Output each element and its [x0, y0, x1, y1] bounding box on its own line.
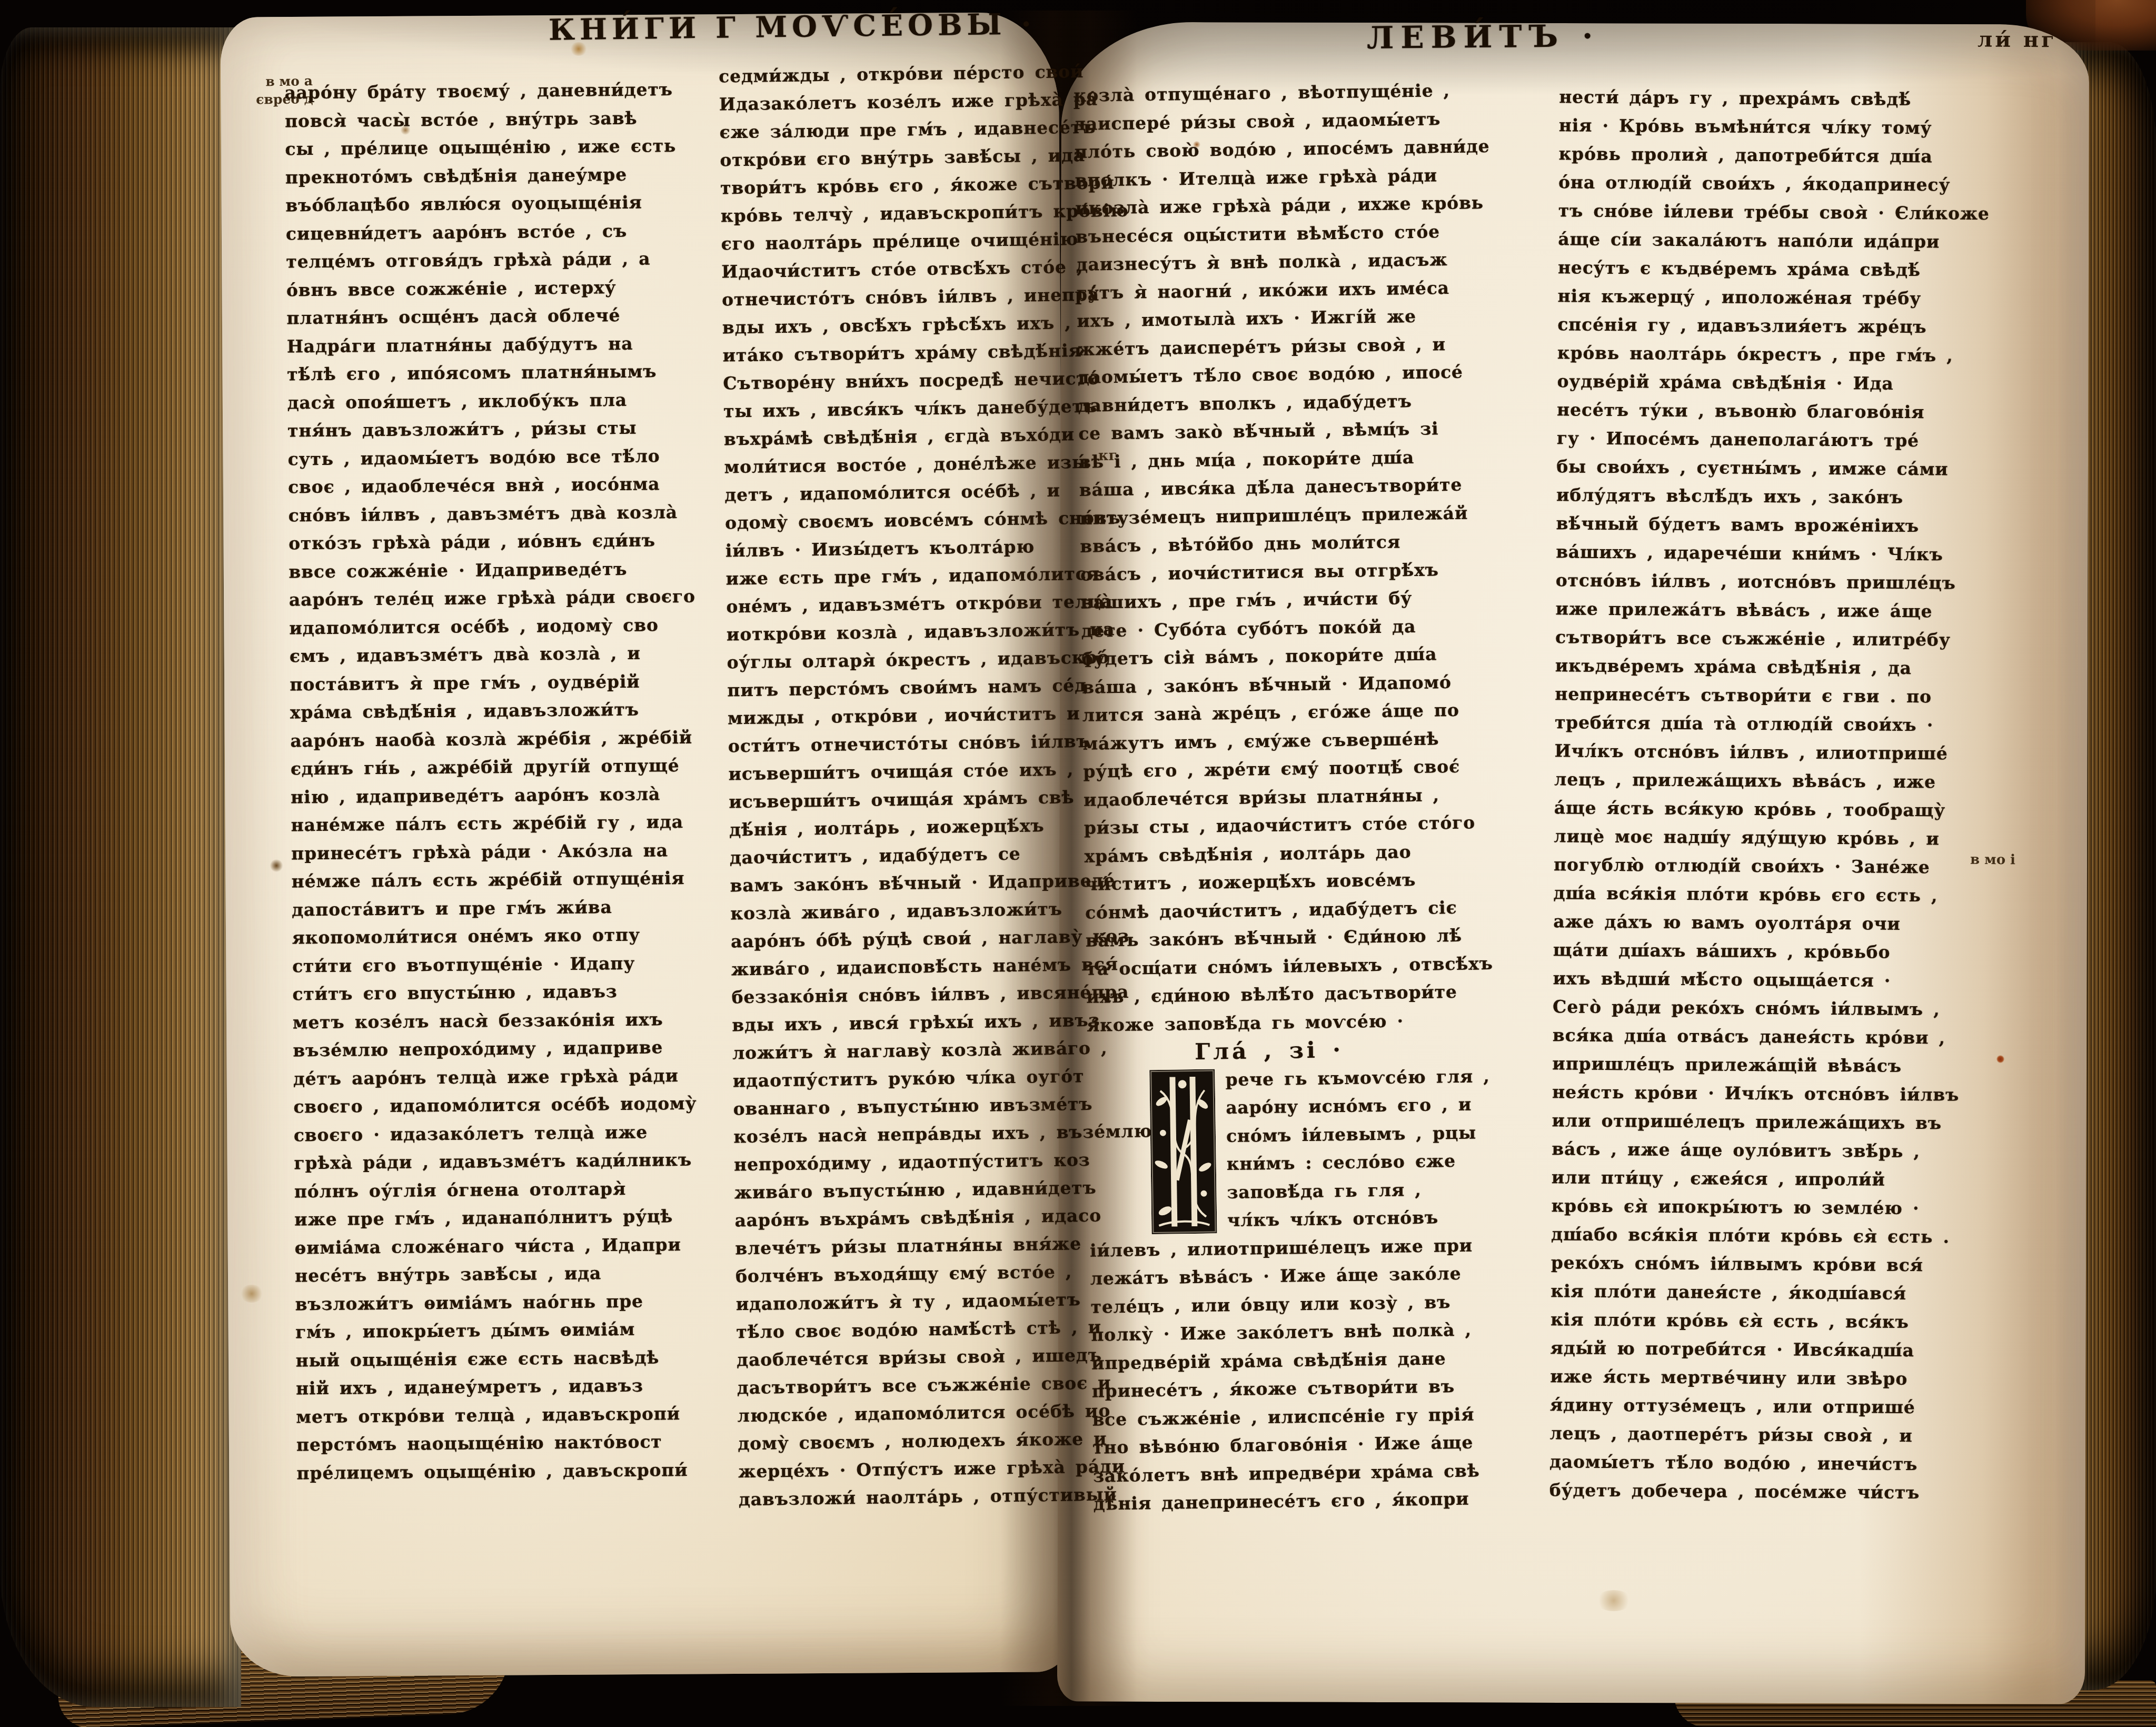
text-line: ній ихъ , иданеу́мретъ , идавъз: [296, 1371, 717, 1402]
text-line: своєго · идазако́летъ телца̀ иже: [294, 1117, 715, 1149]
text-line: ва́шихъ , идарече́ши кни́мъ · Чл́къ: [1556, 538, 1962, 569]
text-line: питъ персто́мъ свои́мъ намъ се́д: [727, 672, 1065, 704]
text-line: лежа́тъ вѣва́съ · Иже а́ще зако́ле: [1090, 1259, 1455, 1293]
text-line: въо́блацѣбо явлю́ся оуоцыще́нія: [285, 188, 707, 220]
text-line: болче́нъ въходя́щу єму́ всто́е ,: [736, 1257, 1073, 1290]
text-line: тѣ́ло своє водо́ю намѣ́стѣ стѣ , и: [736, 1313, 1074, 1346]
text-line: треби́тся дш́а та̀ отлюді́й свои́хъ ·: [1555, 708, 1961, 739]
text-line: иже єсть пре гм́ъ , идапомо́лится: [726, 560, 1063, 593]
text-column-2: седми́жды , откро́ви пе́рсто свои́Идазак…: [719, 58, 1076, 1514]
text-line: та осщ́ати сно́мъ іи́левыхъ , отвсѣ́хъ: [1086, 950, 1450, 983]
text-line: реко́хъ сно́мъ іи́лвымъ кро́ви вся́: [1551, 1248, 1958, 1279]
text-line: отко́зъ грѣха̀ ра́ди , ио́внъ єди́нъ: [289, 526, 710, 558]
text-line: гу · Ипосе́мъ данеполага́ютъ тре́: [1557, 424, 1963, 455]
text-line: идаположи́тъ я̀ ту , идаомы́етъ: [736, 1285, 1073, 1318]
text-line: єго наолта́рь пре́лице очище́нію: [721, 225, 1058, 258]
text-line: непринесе́тъ сътвори́ти є гви . по: [1555, 680, 1961, 711]
text-line: лится зана̀ жре́цъ , єго́же а́ще по: [1082, 696, 1447, 729]
text-line: принесе́тъ грѣха̀ ра́ди · Ако́зла на: [291, 836, 712, 867]
text-line: исъверши́тъ очища́я хра́мъ свѣ: [729, 783, 1066, 816]
text-line: лецъ , прилежа́щихъ вѣва́съ , иже: [1554, 765, 1961, 796]
text-line: идапомо́лится осе́бѣ , иодому̀ сво: [289, 610, 710, 642]
text-line: персто́мъ наоцыще́нію накто́вост: [296, 1427, 718, 1458]
text-line: ита́ко сътвори́тъ хра́му свѣдѣ́нія: [722, 337, 1060, 370]
text-line: полку̀ · Иже зако́летъ внѣ полка̀ ,: [1091, 1316, 1456, 1349]
text-line: кро́вь єя̀ ипокры́ютъ ю земле́ю ·: [1551, 1192, 1958, 1223]
text-line: ма́жутъ имъ , єму́же съверше́нѣ: [1082, 724, 1447, 758]
book-photograph: КНИ́ГИ Г МОѴСЕ́ОВЫ · ЛЕВИ́ТЪ · ли́ нг в …: [0, 0, 2156, 1727]
text-line: влече́тъ ри́зы платня́ны вня́же: [735, 1229, 1072, 1262]
text-line: Надра́ги платня́ны дабу́дутъ на: [287, 329, 708, 360]
text-line: идаотпу́ститъ руко́ю чл́ка оуго́т: [732, 1062, 1070, 1095]
text-line: ааро́нъ наоба̀ козла̀ жре́бія , жре́бій: [290, 723, 711, 755]
text-line: а́ще я́сть вся́кую кро́вь , тообращу̀: [1554, 793, 1961, 825]
text-line: ихъ вѣдши́ мѣ́сто оцыща́ется ·: [1553, 964, 1959, 995]
text-line: нея́сть кро́ви · Ичл́къ отсно́въ іи́лвъ: [1552, 1078, 1959, 1109]
text-line: нія къжерцу́ , иположе́ная тре́бу: [1557, 282, 1964, 313]
text-line: а́ще сі́и закала́ютъ напо́ли ида́при: [1558, 225, 1964, 256]
column-3-text-beside-initial: рече гь къмоѵсе́ю гля ,ааро́ну исно́мъ є…: [1087, 1063, 1454, 1237]
text-line: несу́тъ є къдве́ремъ хра́ма свѣдѣ́: [1558, 253, 1964, 284]
text-line: дѣ́нія данепринесе́тъ єго , я́копри: [1093, 1485, 1458, 1518]
text-line: отсно́въ іи́лвъ , иотсно́въ пришле́цъ: [1556, 566, 1962, 597]
text-line: по́лнъ оу́глія о́гнена отолтаря̀: [294, 1174, 716, 1205]
text-line: телце́мъ отговя́дъ грѣха̀ ра́ди , а: [286, 244, 707, 276]
text-line: прекното́мъ свѣдѣ́нія данеу́мре: [285, 160, 707, 191]
text-line: хра́ма свѣдѣ́нія , идавъзложи́тъ: [290, 695, 711, 727]
text-line: єже за́люди пре гм́ъ , идавнесе́тъ: [719, 114, 1057, 146]
text-line: или пти́цу , єжея́ся , ипроли́й: [1552, 1163, 1958, 1194]
text-line: ованнаго , въпусты́ню ивъзме́тъ: [733, 1090, 1070, 1123]
running-head-left: КНИ́ГИ Г МОѴСЕ́ОВЫ ·: [549, 6, 1037, 46]
text-line: яды́й ю потреби́тся · Ився́кадш́а: [1550, 1334, 1956, 1365]
text-line: дш́а вся́кія пло́ти кро́вь єго єсть ,: [1554, 879, 1960, 910]
text-line: бы свои́хъ , суєтны́мъ , имже са́ми: [1556, 452, 1963, 483]
text-line: ты ихъ , ився́къ чл́къ данебу́детъ: [723, 393, 1061, 425]
text-line: ри́зы сты , идаочи́ститъ сто́е сто́го: [1084, 809, 1448, 842]
text-line: дасътвори́тъ все съжже́ніе своє и: [737, 1369, 1075, 1402]
text-line: несе́тъ ту́ки , въвоню̀ благово́нія: [1557, 395, 1963, 426]
text-line: тѣ́лѣ єго , ипо́ясомъ платня́нымъ: [287, 357, 708, 389]
text-line: откро́ви єго вну́трь завѣ́сы , ида: [720, 142, 1057, 174]
text-line: вѣ і , днь мц́а , покори́те дш́а: [1079, 443, 1444, 476]
text-line: оне́мъ , идавъзме́тъ откро́ви телца̀: [726, 588, 1064, 621]
text-line: іи́левъ , илиотприше́лецъ иже при: [1090, 1232, 1455, 1265]
text-line: давни́детъ вполкъ , идабу́детъ: [1078, 386, 1443, 420]
text-line: пре́лицемъ оцыще́нію , давъскропи́: [296, 1455, 718, 1487]
text-line: теле́цъ , или о́вцу или козу̀ , въ: [1090, 1288, 1455, 1321]
text-line: со́нмѣ даочи́ститъ , идабу́детъ сіє: [1085, 894, 1450, 927]
text-line: се вамъ зако̀ вѣ́чный , вѣмц́ъ зі: [1078, 414, 1443, 448]
running-head-right: ЛЕВИ́ТЪ ·: [1367, 18, 1600, 56]
text-line: кро́вь наолта́рь о́крестъ , пре гм́ъ ,: [1557, 339, 1964, 370]
text-line: вѣ́чный бу́детъ вамъ вроже́ніихъ: [1556, 509, 1962, 540]
ornate-initial-woodcut: [1149, 1069, 1217, 1234]
text-line: своєго , идапомо́лится осе́бѣ иодому̀: [293, 1089, 714, 1120]
text-line: я́коже заповѣ́да гь моѵсе́ю ·: [1087, 1006, 1452, 1039]
text-line: кія пло́ти данея́сте , я́кодш́ався́: [1551, 1277, 1957, 1308]
text-line: исъверши́тъ очища́я сто́е ихъ ,: [728, 756, 1066, 788]
text-line: якопомоли́тися оне́мъ яко отпу: [292, 920, 713, 951]
text-line: даиспере́ ри́зы своя̀ , идаомы́етъ: [1074, 105, 1439, 138]
text-line: о́на отлюді́й свои́хъ , я́кодапринесу́: [1558, 168, 1965, 199]
text-line: дете · Субо́та субо́тъ поко́й да: [1081, 612, 1446, 645]
text-line: вънесе́ся оцы́стити вѣмѣ́сто сто́е: [1076, 217, 1440, 251]
text-line: своє , идаоблече́ся вня̀ , иосо́нма: [288, 470, 709, 501]
text-line: нію , идаприведе́тъ ааро́нъ козла̀: [291, 779, 712, 811]
margin-note-right: в мо і: [1970, 852, 2015, 868]
text-column-3: козла̀ отпуще́наго , вѣотпуще́ніе ,даисп…: [1074, 76, 1458, 1518]
text-line: сти́ти єго въотпуще́ніе · Идапу: [292, 948, 713, 980]
text-line: ва́шихъ , пре гм́ъ , ичи́сти бу́: [1080, 583, 1445, 617]
column-3-lower-text: іи́левъ , илиотприше́лецъ иже прилежа́тъ…: [1090, 1232, 1458, 1518]
text-line: жже́тъ даиспере́тъ ри́зы своя̀ , и: [1077, 330, 1442, 363]
text-line: давъзложи́ наолта́рь , отпу́стивый: [739, 1481, 1076, 1513]
text-line: ѳиміа́ма сложе́наго чи́ста , Идапри: [294, 1230, 716, 1262]
text-line: иже я́сть мертве́чину или звѣро: [1550, 1362, 1956, 1393]
text-line: седми́жды , откро́ви пе́рсто свои́: [719, 58, 1056, 91]
text-line: иоткро́ви козла̀ , идавъзложи́тъ на: [727, 616, 1064, 649]
text-line: беззако́нія сно́въ іи́лвъ , ивсяне́пра: [731, 978, 1069, 1011]
text-line: єди́нъ гн́ь , ажре́бій другі́й отпуще́: [291, 751, 712, 783]
text-line: лицѐ моє надш́у яду́щую кро́вь , и: [1554, 822, 1960, 853]
column-3-upper-text: козла̀ отпуще́наго , вѣотпуще́ніе ,даисп…: [1074, 76, 1451, 1039]
text-line: метъ откро́ви телца̀ , идавъскропи́: [296, 1399, 717, 1431]
text-line: ааро́нъ теле́ц иже грѣха̀ ра́ди своєго: [289, 582, 710, 614]
chapter-heading: Гла́ , зі ·: [1087, 1034, 1452, 1067]
text-line: оудве́рій хра́ма свѣдѣ́нія · Ида: [1557, 367, 1963, 398]
text-line: моли́тися восто́е , доне́лѣже изы́: [724, 449, 1061, 481]
text-line: Идазако́летъ козе́лъ иже грѣха̀ ра́: [719, 86, 1057, 118]
text-line: ааро́ну исно́мъ єго , и: [1226, 1090, 1453, 1121]
text-line: ихъ , єди́ною вѣлѣ́то дасътвори́те: [1086, 978, 1451, 1011]
text-line: ва́ша , ився́ка дѣ́ла данесътвори́те: [1079, 471, 1444, 504]
text-line: пло́ть свою̀ водо́ю , ипосе́мъ давни́де: [1074, 133, 1439, 166]
text-column-4: нести́ да́ръ гу , прехра́мъ свѣдѣ́нія · …: [1549, 83, 1966, 1507]
text-line: кія пло́ти кро́вь єя̀ єсть , вся́къ: [1551, 1305, 1957, 1336]
text-line: нія · Кро́вь въмѣни́тся чл́ку тому́: [1559, 111, 1965, 142]
text-line: дому̀ своємъ , нолюдехъ я́коже и: [738, 1425, 1075, 1457]
text-line: сътвори́тъ все съжже́ніе , илитре́бу: [1555, 623, 1962, 654]
text-line: детъ , идапомо́лится осе́бѣ , и: [724, 477, 1062, 509]
text-line: кро́вь пролия̀ , дапотреби́тся дш́а: [1558, 140, 1965, 171]
text-line: въхра́мѣ свѣдѣ́нія , єгда̀ въхо́ди: [723, 421, 1061, 453]
text-line: отнечисто́тъ сно́въ іи́лвъ , инепра́: [722, 281, 1059, 314]
text-line: хра́мъ свѣдѣ́нія , иолта́рь дао: [1084, 837, 1449, 870]
text-line: принесе́тъ , я́коже сътвори́ти въ: [1091, 1372, 1456, 1405]
text-line: дш́або вся́кія пло́ти кро́вь єя̀ єсть .: [1551, 1220, 1958, 1251]
text-line: ости́тъ отнечисто́ты сно́въ іи́лвъ: [728, 728, 1066, 760]
text-line: оу́глы олтаря̀ о́крестъ , идавъскро́: [727, 644, 1064, 677]
text-line: одому̀ своємъ иовсе́мъ со́нмѣ сно́въ: [725, 504, 1062, 537]
text-line: иблу́дятъ вѣслѣ́дъ ихъ , зако́нъ: [1556, 481, 1963, 512]
text-line: рече гь къмоѵсе́ю гля ,: [1225, 1063, 1452, 1094]
text-line: несе́тъ вну́трь завѣ́сы , ида: [295, 1258, 716, 1289]
text-line: твори́тъ кро́вь єго , я́коже сътвори́: [720, 170, 1058, 202]
text-line: даоблече́тся ври́зы своя̀ , ишедъ: [737, 1341, 1074, 1374]
text-line: вся́ка дш́а отва́съ данея́сть кро́ви ,: [1553, 1021, 1959, 1052]
text-line: ва́ша , зако́нъ вѣ́чный · Идапомо́: [1082, 668, 1447, 701]
text-line: Ичл́къ отсно́въ іи́лвъ , илиотприше́: [1554, 737, 1961, 768]
text-line: ємъ , идавъзме́тъ два̀ козла̀ , и: [290, 639, 711, 670]
text-line: непрохо́диму , идаотпу́ститъ коз: [734, 1146, 1071, 1178]
text-line: възложи́тъ ѳиміа́мъ нао́гнь пре: [295, 1286, 716, 1318]
text-line: Идаочи́ститъ сто́е отвсѣ́хъ сто́е ,: [721, 253, 1059, 286]
text-line: платня́нъ осще́нъ дася̀ облече́: [286, 301, 708, 332]
text-line: нитузе́мецъ нипришле́цъ прилежа́й: [1079, 499, 1444, 532]
text-line: вды ихъ , овсѣ́хъ грѣсѣ́хъ ихъ ,: [722, 309, 1059, 342]
text-line: не́мже па́лъ єсть жре́бій отпуще́нія: [291, 864, 712, 896]
text-line: козла̀ отпуще́наго , вѣотпуще́ніе ,: [1074, 76, 1438, 110]
text-line: все съжже́ніе , илиспсе́ніе гу прія́: [1092, 1401, 1457, 1434]
text-line: бу́детъ сія̀ ва́мъ , покори́те дш́а: [1081, 640, 1446, 673]
text-line: лецъ , даотпере́тъ ри́зы своя̀ , и: [1549, 1419, 1956, 1450]
text-line: ааро́нъ въхра́мъ свѣдѣ́нія , идасо: [734, 1202, 1072, 1234]
text-line: ру́цѣ єго , жре́ти єму́ поотцѣ́ своє́: [1083, 752, 1448, 786]
text-line: поста́витъ я̀ пре гм́ъ , оудве́рій: [290, 667, 711, 698]
text-line: дася̀ опоя́шетъ , иклобу́къ пла: [287, 385, 708, 416]
text-line: икъдве́ремъ хра́ма свѣдѣ́нія , да: [1555, 651, 1962, 682]
text-line: аже да́хъ ю вамъ оуолта́ря очи: [1553, 907, 1960, 938]
text-line: вамъ зако́нъ вѣ́чный · Идаприведе́: [730, 867, 1067, 900]
text-column-1: ааро́ну бра́ту твоєму́ , даневни́детъпов…: [284, 75, 718, 1487]
text-line: кни́мъ : сесло́во єже: [1226, 1147, 1453, 1178]
text-line: сы , пре́лице оцыще́нію , иже єсть: [285, 132, 706, 163]
text-line: или отприше́лецъ прилежа́щихъ въ: [1552, 1106, 1958, 1137]
text-line: ааро́ну бра́ту твоєму́ , даневни́детъ: [284, 75, 706, 107]
text-line: ложи́тъ я̀ наглаву̀ козла̀ жива́го ,: [732, 1034, 1070, 1067]
text-line: мижды , откро́ви , иочи́ститъ и: [728, 700, 1065, 732]
text-line: ихъ , имотыла̀ ихъ · Ижгі́й же: [1077, 302, 1442, 335]
text-line: чи́ститъ , иожерцѣ́хъ иовсе́мъ: [1085, 865, 1449, 898]
text-line: тно вѣво́ню благово́нія · Иже а́ще: [1092, 1428, 1457, 1462]
text-line: възе́млю непрохо́диму , идаприве: [293, 1033, 714, 1064]
text-line: метъ козе́лъ нася̀ беззако́нія ихъ: [293, 1005, 714, 1036]
text-line: дѣ́нія , иолта́рь , иожерцѣ́хъ: [729, 811, 1067, 844]
text-line: вды ихъ , ився́ грѣхы́ ихъ , ивъз: [732, 1006, 1069, 1039]
text-line: нести́ да́ръ гу , прехра́мъ свѣдѣ́: [1559, 83, 1965, 114]
text-line: ааро́нъ о́бѣ ру́цѣ свои́ , наглаву̀ коз: [731, 923, 1068, 956]
text-line: грѣха̀ ра́ди , идавъзме́тъ кади́лникъ: [294, 1145, 715, 1177]
text-line: дапоста́витъ и пре гм́ъ жи́ва: [292, 892, 713, 924]
text-line: жива́го въпусты́ню , идавни́детъ: [734, 1174, 1071, 1206]
text-line: жерце́хъ · Отпу́стъ иже грѣха̀ ра́ди: [738, 1453, 1076, 1485]
text-line: гм́ъ , ипокры́етъ ды́мъ ѳиміа́м: [295, 1314, 717, 1346]
text-line: даизнесу́тъ я̀ внѣ полка̀ , идасъж: [1076, 245, 1440, 279]
text-line: заповѣ́да гь гля ,: [1227, 1175, 1454, 1206]
text-line: бу́детъ добечера , посе́мже чи́стъ: [1549, 1476, 1956, 1507]
text-line: повся̀ часы̀ всто́е , вну́трь завѣ: [285, 103, 706, 135]
text-line: я́дину оттузе́мецъ , или отприше́: [1550, 1391, 1956, 1422]
text-line: ова́съ , иочи́ститися вы отгрѣ́хъ: [1080, 555, 1445, 589]
text-line: ва́мъ зако́нъ вѣ́чный · Єди́ною лѣ́: [1085, 921, 1450, 955]
text-line: ный оцыще́нія єже єсть насвѣдѣ: [295, 1343, 717, 1374]
text-line: вполкъ · Ителца̀ иже грѣха̀ ра́ди: [1075, 161, 1439, 194]
text-line: нане́мже па́лъ єсть жре́бій гу , ида: [291, 808, 712, 839]
text-line: даомы́етъ тѣ́ло водо́ю , инечи́стъ: [1549, 1447, 1956, 1478]
text-line: жива́го , идаисповѣ́сть нане́мъ вся́: [731, 951, 1068, 984]
initial-paragraph: рече гь къмоѵсе́ю гля ,ааро́ну исно́мъ є…: [1087, 1063, 1454, 1237]
text-line: тня́нъ давъзложи́тъ , ри́зы сты: [287, 413, 709, 445]
text-line: іи́лвъ · Иизы́детъ къолта́рю: [725, 532, 1062, 565]
text-line: людско́е , идапомо́лится осе́бѣ ио: [737, 1397, 1075, 1430]
text-line: сти́тъ єго впусты́ню , идавъз: [292, 976, 713, 1008]
text-line: ща́ти дш́ахъ ва́шихъ , кро́вьбо: [1553, 936, 1960, 967]
text-line: сно́въ іи́лвъ , давъзме́тъ два̀ козла̀: [288, 498, 709, 529]
text-line: даочи́ститъ , идабу́детъ се: [730, 839, 1067, 872]
text-line: погублю̀ отлюді́й свои́хъ · Зане́же: [1554, 850, 1960, 881]
text-line: иже пре гм́ъ , иданапо́лнитъ ру́цѣ: [294, 1202, 716, 1233]
text-line: вва́съ , вѣто́йбо днь моли́тся: [1080, 527, 1445, 560]
text-line: о́внъ ввсе сожже́ніе , истерху́: [286, 272, 708, 304]
text-line: кро́вь телчу̀ , идавъскропи́тъ кро́вію: [720, 197, 1058, 230]
text-line: идаоблече́тся ври́зы платня́ны ,: [1084, 781, 1448, 814]
text-line: гу́тъ я̀ наогни́ , ико́жи ихъ име́са: [1076, 274, 1441, 307]
text-line: ва́съ , иже а́ще оуло́витъ звѣ́рь ,: [1552, 1135, 1958, 1166]
text-line: ипредве́рій хра́ма свѣдѣ́нія дане: [1091, 1344, 1456, 1377]
text-line: де́тъ ааро́нъ телца̀ иже грѣха̀ ра́ди: [293, 1061, 714, 1093]
text-line: Сътворе́ну вни́хъ посредѣ̀ нечисто́: [723, 365, 1060, 398]
folio-number: ли́ нг: [1978, 27, 2057, 53]
text-line: спсе́нія гу , идавъзлия́етъ жре́цъ: [1557, 310, 1964, 341]
text-line: чл́къ чл́къ отсно́въ: [1227, 1203, 1454, 1234]
text-line: икозла̀ иже грѣха̀ ра́ди , ихже кро́вь: [1075, 189, 1440, 222]
text-line: ввсе сожже́ніе · Идаприведе́тъ: [289, 554, 710, 585]
book-fore-edge-left: [0, 27, 241, 1707]
text-line: сно́мъ іи́левымъ , рцы: [1226, 1119, 1453, 1150]
text-line: зако́летъ внѣ ипредве́ри хра́ма свѣ: [1093, 1457, 1458, 1490]
text-line: ипришле́цъ прилежа́щій вѣва́съ: [1552, 1049, 1959, 1080]
text-line: даомы́етъ тѣ́ло своє водо́ю , ипосе́: [1077, 358, 1442, 391]
text-line: иже прилежа́тъ вѣва́съ , иже а́ще: [1555, 594, 1962, 626]
text-line: тъ сно́ве іи́леви тре́бы своя̀ · Єли́кож…: [1558, 196, 1965, 227]
text-line: козла̀ жива́го , идавъзложи́тъ: [730, 895, 1068, 928]
text-line: Сего̀ ра́ди реко́хъ сно́мъ іи́лвымъ ,: [1553, 992, 1959, 1024]
text-line: козе́лъ нася̀ непра́вды ихъ , възе́млю: [733, 1118, 1071, 1150]
text-line: сицевни́детъ ааро́нъ всто́е , съ: [286, 216, 707, 247]
text-line: суть , идаомы́етъ водо́ю все тѣ́ло: [287, 441, 709, 473]
